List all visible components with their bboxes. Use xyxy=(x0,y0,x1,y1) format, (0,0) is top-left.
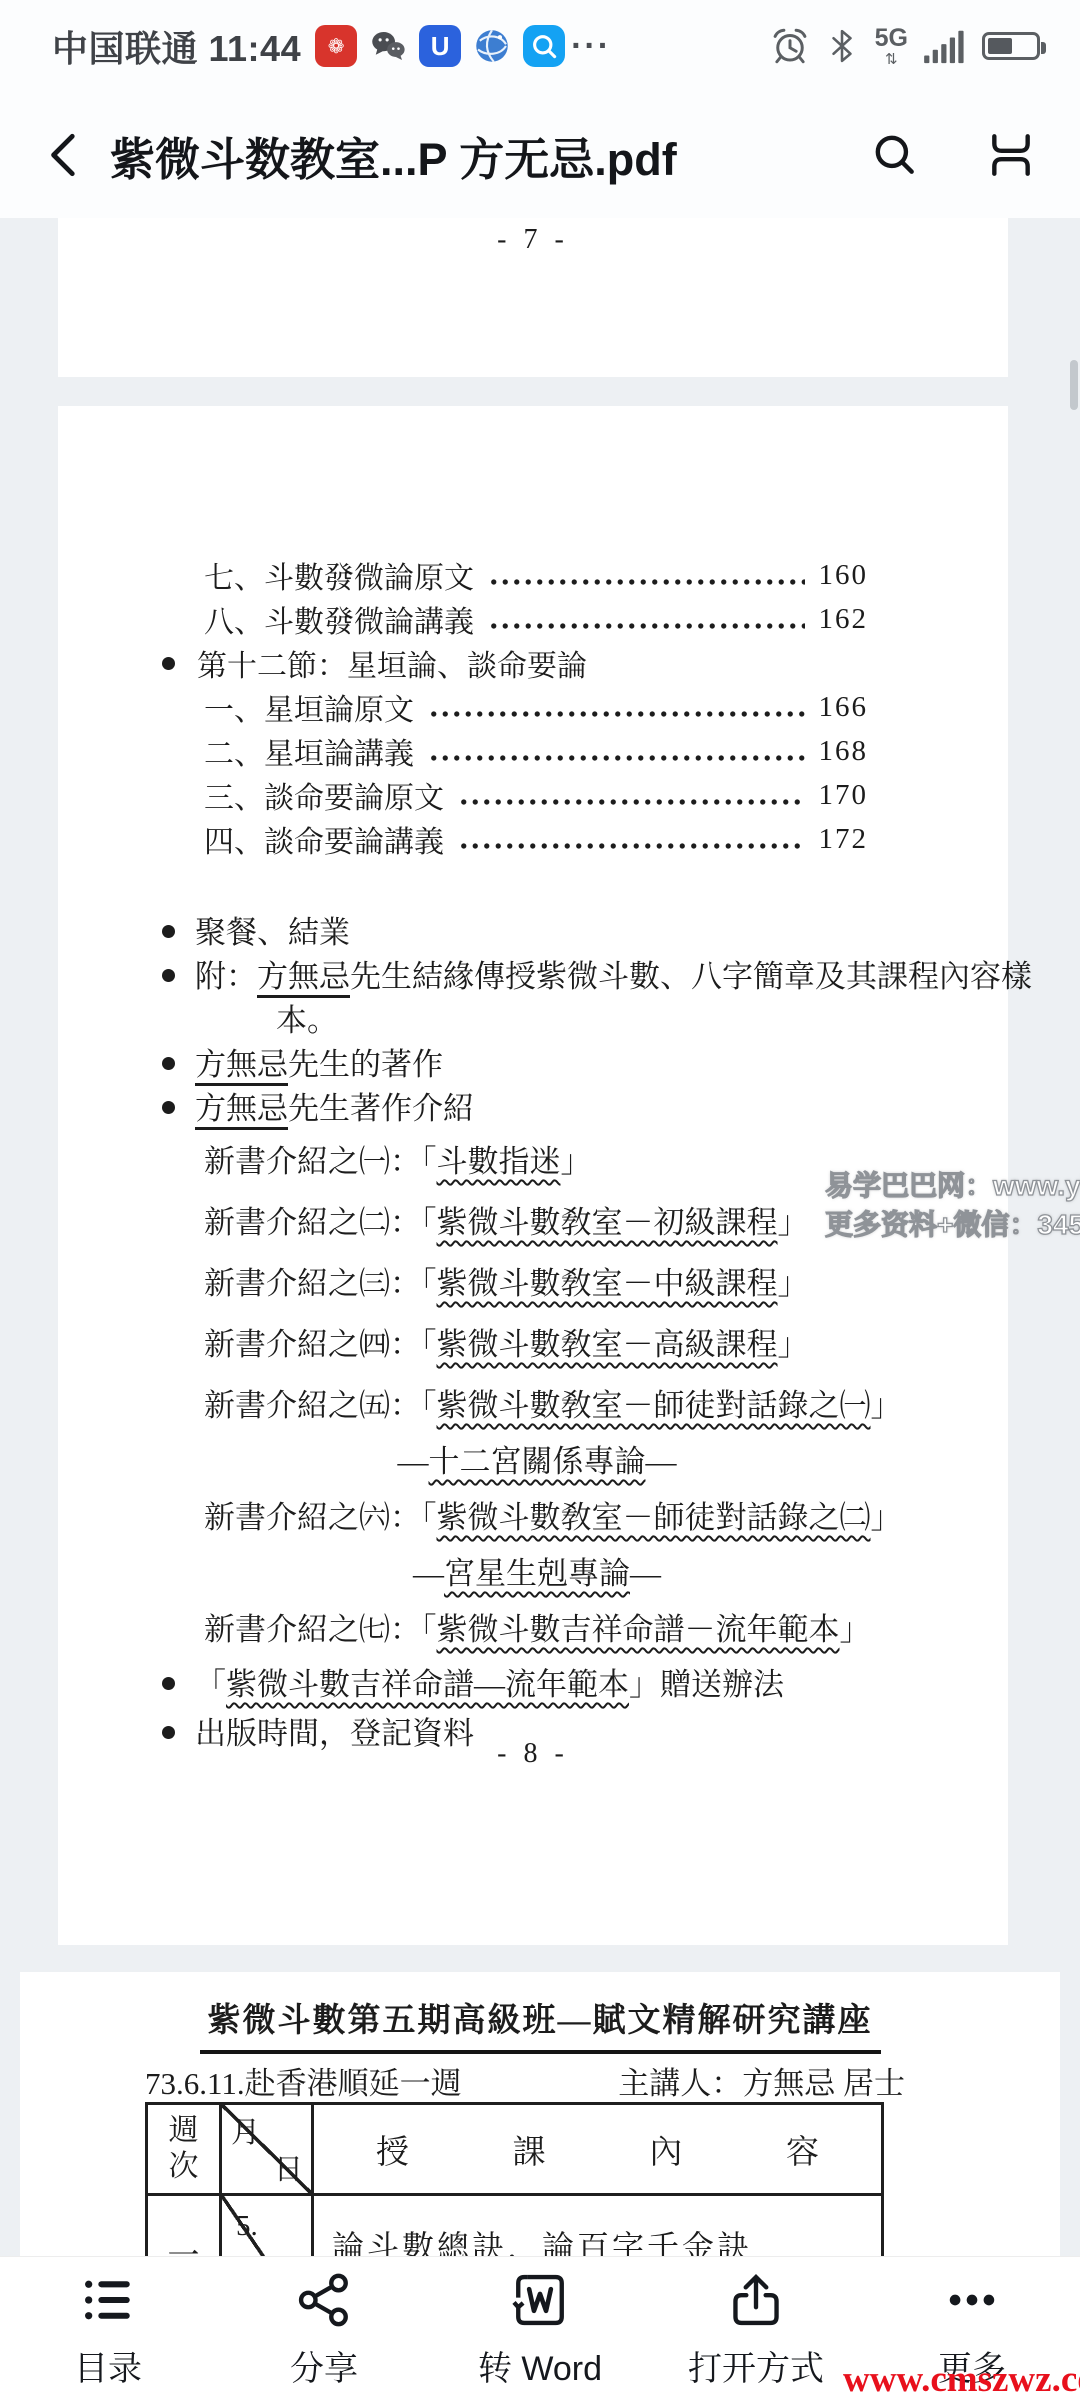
pdf-page-7: - 7 - xyxy=(58,218,1008,377)
text-line: 新書介紹之㈣：「紫微斗數敎室－高級課程」 xyxy=(162,1314,912,1375)
page-number-7: - 7 - xyxy=(58,224,1008,256)
share-button[interactable]: 分享 xyxy=(216,2257,432,2400)
status-bar: 中国联通 11:44 ❁ U xyxy=(0,0,1080,92)
text-segment: 」贈送辦法 xyxy=(629,1667,784,1702)
toc-entry: 四、談命要論講義172 xyxy=(162,817,868,861)
convert-to-word-button[interactable]: 转 Word xyxy=(432,2257,648,2400)
week-cell: 一 xyxy=(148,2196,222,2256)
text-segment: 紫微斗數敎室－中級課程 xyxy=(437,1266,778,1301)
text-segment: 紫微斗數吉祥命譜—流年範本 xyxy=(226,1667,629,1702)
site-watermark-line2: 更多资料+微信：3458344044 xyxy=(825,1205,1080,1244)
open-with-icon xyxy=(727,2271,785,2329)
text-segment: 新書介紹之㈥：「 xyxy=(204,1500,437,1535)
toc-dot-leader xyxy=(458,799,805,805)
phone-screen: 中国联通 11:44 ❁ U xyxy=(0,0,1080,2400)
app-title-bar: 紫微斗数教室...P 方无忌.pdf xyxy=(0,92,1080,218)
share-icon xyxy=(295,2271,353,2329)
toc-button[interactable]: 目录 xyxy=(0,2257,216,2400)
toc-entry-label: 三、談命要論原文 xyxy=(204,773,444,817)
text-line: 聚餐、結業 xyxy=(162,911,912,955)
text-segment: 」 xyxy=(871,1388,902,1423)
text-line: —十二宮關係專論— xyxy=(162,1436,912,1487)
toc-page-number: 172 xyxy=(819,823,869,856)
lecture-title: 紫微斗數第五期高級班—賦文精解研究講座 xyxy=(200,1994,881,2054)
text-segment: 紫微斗數敎室－師徒對話錄之㈠ xyxy=(437,1388,871,1423)
toc-dot-leader xyxy=(458,843,805,849)
schedule-table-row: 一5.21.論斗數總訣，論百字千金訣 xyxy=(148,2196,881,2256)
toc-entry-label: 一、星垣論原文 xyxy=(204,685,414,729)
page-number-8: - 8 - xyxy=(58,1738,1008,1770)
back-button[interactable] xyxy=(40,128,90,182)
text-segment: — xyxy=(413,1556,444,1591)
text-segment: 紫微斗數敎室－初級課程 xyxy=(437,1205,778,1240)
text-line: 新書介紹之㈤：「紫微斗數敎室－師徒對話錄之㈠」 xyxy=(162,1375,912,1436)
toc-entry: 八、斗數發微論講義162 xyxy=(162,597,868,641)
pdf-viewer[interactable]: - 7 - 七、斗數發微論原文160八、斗數發微論講義162第十二節：星垣論、談… xyxy=(0,218,1080,2256)
open-with-label: 打开方式 xyxy=(688,2341,824,2390)
toc-dot-leader xyxy=(428,711,805,717)
browser-globe-icon xyxy=(471,25,513,67)
text-segment: 方無忌 xyxy=(195,1047,288,1086)
word-doc-icon xyxy=(511,2271,569,2329)
text-segment: 方無忌 xyxy=(257,959,350,998)
scrollbar-thumb[interactable] xyxy=(1070,360,1078,410)
text-segment: 附： xyxy=(195,959,257,994)
site-watermark-line1: 易学巴巴网：www.yixue88.cn xyxy=(825,1166,1080,1205)
carrier-and-time: 中国联通 11:44 xyxy=(52,21,301,72)
text-line: 附：方無忌先生結緣傳授紫微斗數、八字簡章及其課程內容樣 xyxy=(162,955,912,999)
text-segment: 宮星生剋專論 xyxy=(444,1556,630,1591)
text-segment: 先生著作介紹 xyxy=(288,1091,474,1126)
pdf-page-next: 紫微斗數第五期高級班—賦文精解研究講座 73.6.11.赴香港順延一週 主講人：… xyxy=(20,1972,1060,2256)
text-line: —宮星生剋專論— xyxy=(162,1548,912,1599)
reader-view-icon[interactable] xyxy=(986,130,1036,180)
text-segment: 」 xyxy=(561,1144,592,1179)
toc-page-number: 170 xyxy=(819,779,869,812)
status-right-icons: 5G ⇅ xyxy=(769,25,1040,67)
text-segment: 先生結緣傳授紫微斗數、八字簡章及其課程內容樣 xyxy=(350,959,1032,994)
text-segment: 聚餐、結業 xyxy=(195,915,350,950)
toc-dot-leader xyxy=(488,579,805,585)
text-segment: 新書介紹之㈤：「 xyxy=(204,1388,437,1423)
toc-entry: 二、星垣論講義168 xyxy=(162,729,868,773)
toc-section-entry: 第十二節：星垣論、談命要論 xyxy=(162,641,868,685)
blue-u-app-icon: U xyxy=(419,25,461,67)
toc-dot-leader xyxy=(428,755,805,761)
red-festival-app-icon: ❁ xyxy=(315,25,357,67)
text-segment: 先生的著作 xyxy=(288,1047,443,1082)
wechat-icon xyxy=(367,25,409,67)
toc-button-label: 目录 xyxy=(74,2341,142,2390)
text-segment: 斗數指迷 xyxy=(437,1144,561,1179)
toc-entry: 七、斗數發微論原文160 xyxy=(162,553,868,597)
text-segment: 方無忌 xyxy=(195,1091,288,1130)
text-segment: — xyxy=(646,1444,677,1479)
text-segment: 」 xyxy=(778,1266,809,1301)
toc-page-number: 160 xyxy=(819,559,869,592)
schedule-table: 週次 月 日 授課內容 一5.21.論斗數總訣，論百字千金訣 xyxy=(145,2102,884,2256)
toc-page-number: 162 xyxy=(819,603,869,636)
share-button-label: 分享 xyxy=(290,2341,358,2390)
toc-page-number: 166 xyxy=(819,691,869,724)
search-icon[interactable] xyxy=(870,130,920,180)
toc-entry: 一、星垣論原文166 xyxy=(162,685,868,729)
text-line: 本。 xyxy=(162,999,912,1043)
text-segment: 新書介紹之㈠：「 xyxy=(204,1144,437,1179)
toc-page-number: 168 xyxy=(819,735,869,768)
text-segment: 紫微斗數敎室－師徒對話錄之㈡ xyxy=(437,1500,871,1535)
content-header-char: 容 xyxy=(786,2126,819,2173)
text-segment: 新書介紹之㈣：「 xyxy=(204,1327,437,1362)
status-more-indicator: ··· xyxy=(571,27,611,66)
text-segment: 紫微斗數吉祥命譜－流年範本 xyxy=(437,1612,840,1647)
text-segment: 新書介紹之㈦：「 xyxy=(204,1612,437,1647)
month-label: 月 xyxy=(231,2110,260,2151)
lesson-content-cell: 論斗數總訣，論百字千金訣 xyxy=(314,2196,881,2256)
contents-notes-list: 聚餐、結業附：方無忌先生結緣傳授紫微斗數、八字簡章及其課程內容樣本。方無忌先生的… xyxy=(162,911,912,1758)
more-dots-icon xyxy=(943,2271,1001,2329)
document-title: 紫微斗数教室...P 方无忌.pdf xyxy=(110,123,677,188)
toc-entry-label: 第十二節：星垣論、談命要論 xyxy=(197,641,587,685)
site-watermark: 易学巴巴网：www.yixue88.cn 更多资料+微信：3458344044 xyxy=(825,1166,1080,1244)
blue-search-app-icon xyxy=(523,25,565,67)
text-segment: 新書介紹之㈢：「 xyxy=(204,1266,437,1301)
schedule-table-header: 週次 月 日 授課內容 xyxy=(148,2105,881,2196)
battery-icon xyxy=(982,32,1040,60)
red-site-watermark: www.cmszwz.com xyxy=(843,2358,1080,2400)
text-segment: 」 xyxy=(871,1500,902,1535)
text-segment: 」 xyxy=(840,1612,871,1647)
text-line: 新書介紹之㈢：「紫微斗數敎室－中級課程」 xyxy=(162,1253,912,1314)
toc-entry-label: 四、談命要論講義 xyxy=(204,817,444,861)
text-segment: 「 xyxy=(195,1667,226,1702)
network-5g-indicator: 5G ⇅ xyxy=(875,26,908,67)
schedule-note: 73.6.11.赴香港順延一週 xyxy=(145,2058,462,2103)
month-value: 5. xyxy=(236,2210,258,2243)
text-line: 「紫微斗數吉祥命譜—流年範本」贈送辦法 xyxy=(162,1660,912,1709)
convert-to-word-label: 转 Word xyxy=(478,2341,602,2390)
text-line: 新書介紹之㈦：「紫微斗數吉祥命譜－流年範本」 xyxy=(162,1599,912,1660)
toc-dot-leader xyxy=(488,623,805,629)
toc-entry-label: 二、星垣論講義 xyxy=(204,729,414,773)
day-label: 日 xyxy=(274,2147,303,2188)
content-header-char: 授 xyxy=(376,2126,409,2173)
notification-icons: ❁ U xyxy=(315,25,565,67)
alarm-icon xyxy=(769,25,811,67)
toc-list-icon xyxy=(79,2271,137,2329)
text-line: 方無忌先生著作介紹 xyxy=(162,1087,912,1131)
table-of-contents: 七、斗數發微論原文160八、斗數發微論講義162第十二節：星垣論、談命要論一、星… xyxy=(162,553,868,861)
text-segment: 紫微斗數敎室－高級課程 xyxy=(437,1327,778,1362)
open-with-button[interactable]: 打开方式 xyxy=(648,2257,864,2400)
toc-entry: 三、談命要論原文170 xyxy=(162,773,868,817)
text-segment: — xyxy=(398,1444,429,1479)
text-line: 新書介紹之㈡：「紫微斗數敎室－初級課程」 xyxy=(162,1192,912,1253)
toc-entry-label: 八、斗數發微論講義 xyxy=(204,597,474,641)
toc-entry-label: 七、斗數發微論原文 xyxy=(204,553,474,597)
text-segment: 」 xyxy=(778,1327,809,1362)
content-header-char: 內 xyxy=(649,2126,682,2173)
lecturer-name: 主講人：方無忌 居士 xyxy=(618,2058,905,2103)
text-line: 新書介紹之㈥：「紫微斗數敎室－師徒對話錄之㈡」 xyxy=(162,1487,912,1548)
text-segment: — xyxy=(630,1556,661,1591)
text-segment: 」 xyxy=(778,1205,809,1240)
bluetooth-icon xyxy=(825,25,859,67)
text-segment: 新書介紹之㈡：「 xyxy=(204,1205,437,1240)
text-segment: 十二宮關係專論 xyxy=(429,1444,646,1479)
month-day-cell: 5.21. xyxy=(222,2196,314,2256)
week-column-header: 週次 xyxy=(167,2113,201,2185)
text-segment: 本。 xyxy=(276,1003,338,1038)
text-line: 方無忌先生的著作 xyxy=(162,1043,912,1087)
content-column-header: 授課內容 xyxy=(314,2105,881,2193)
signal-bars-icon xyxy=(924,27,968,65)
month-day-header-cell: 月 日 xyxy=(222,2105,314,2193)
content-header-char: 課 xyxy=(513,2126,546,2173)
text-line: 新書介紹之㈠：「斗數指迷」 xyxy=(162,1131,912,1192)
